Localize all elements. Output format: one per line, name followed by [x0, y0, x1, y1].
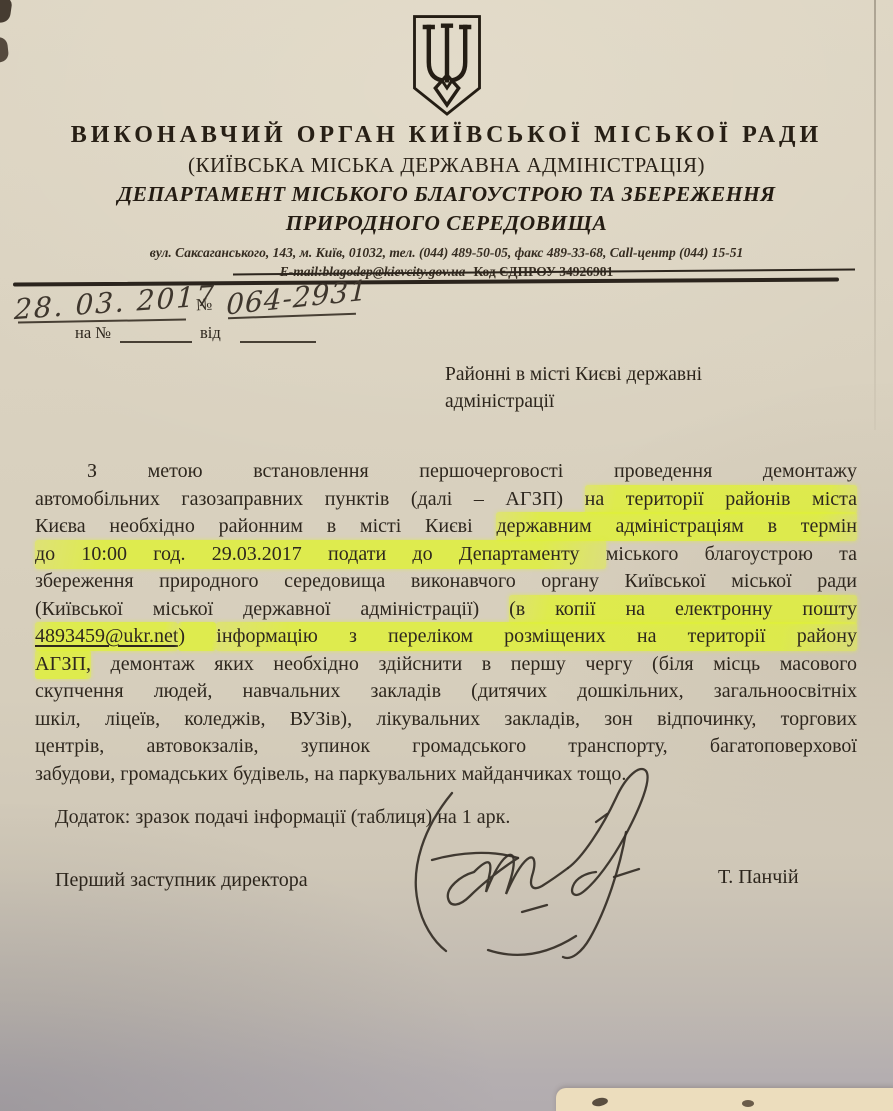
highlighted-text: (в копії на електронну пошту [509, 595, 857, 624]
body-line: З метою встановлення першочерговості про… [35, 458, 857, 486]
reply-from-label: від [200, 323, 221, 343]
addressee-block: Районні в місті Києві державні адміністр… [445, 361, 702, 415]
highlighted-text: державним адміністраціям в термін [496, 512, 857, 541]
signer-position: Перший заступник директора [55, 869, 308, 892]
department-name-line-1: ДЕПАРТАМЕНТ МІСЬКОГО БЛАГОУСТРОЮ ТА ЗБЕР… [20, 182, 873, 207]
highlighted-text: АГЗП, [35, 650, 91, 679]
reply-number-blank-line [120, 341, 192, 343]
addressee-line-1: Районні в місті Києві державні [445, 361, 702, 388]
body-line: Києва необхідно районним в місті Києві д… [35, 513, 857, 541]
highlighted-text: на території районів міста [585, 485, 857, 514]
ukraine-trident-emblem-icon [407, 14, 487, 118]
addressee-line-2: адміністрації [445, 388, 702, 415]
highlighted-email-link: 4893459@ukr.net [35, 622, 178, 651]
body-line: 4893459@ukr.net) інформацію з переліком … [35, 623, 857, 651]
scanned-letter-page: ВИКОНАВЧИЙ ОРГАН КИЇВСЬКОЇ МІСЬКОЇ РАДИ … [0, 0, 893, 1111]
body-line: збереження природного середовища виконав… [35, 568, 857, 596]
handwritten-signature [380, 735, 690, 965]
org-name-line-1: ВИКОНАВЧИЙ ОРГАН КИЇВСЬКОЇ МІСЬКОЇ РАДИ [20, 122, 873, 149]
body-line: (Київської міської державної адміністрац… [35, 596, 857, 624]
body-line: АГЗП, демонтаж яких необхідно здійснити … [35, 651, 857, 679]
underlying-document-edge [556, 1088, 893, 1111]
body-line: до 10:00 год. 29.03.2017 подати до Депар… [35, 541, 857, 569]
letterhead: ВИКОНАВЧИЙ ОРГАН КИЇВСЬКОЇ МІСЬКОЇ РАДИ … [20, 122, 873, 280]
address-line: вул. Саксаганського, 143, м. Київ, 01032… [20, 245, 873, 261]
highlighted-text: інформацію з переліком розміщених на тер… [216, 622, 857, 651]
paper-fold-line [874, 0, 876, 430]
org-name-line-2: (КИЇВСЬКА МІСЬКА ДЕРЖАВНА АДМІНІСТРАЦІЯ) [20, 153, 873, 178]
body-line: скупчення людей, навчальних закладів (ди… [35, 678, 857, 706]
number-sign: № [195, 295, 212, 316]
reply-date-blank-line [240, 341, 316, 343]
body-line: автомобільних газозаправних пунктів (дал… [35, 486, 857, 514]
highlighted-text: до 10:00 год. 29.03.2017 подати до Депар… [35, 540, 606, 569]
body-line: шкіл, ліцеїв, коледжів, ВУЗів), лікуваль… [35, 706, 857, 734]
scan-corner-artifact [0, 36, 9, 62]
scan-corner-artifact [0, 0, 13, 24]
document-smudge [591, 1097, 608, 1108]
document-smudge [742, 1100, 754, 1107]
reply-to-number-label: на № [75, 323, 111, 343]
signer-name: Т. Панчій [718, 866, 799, 889]
department-name-line-2: ПРИРОДНОГО СЕРЕДОВИЩА [20, 211, 873, 236]
